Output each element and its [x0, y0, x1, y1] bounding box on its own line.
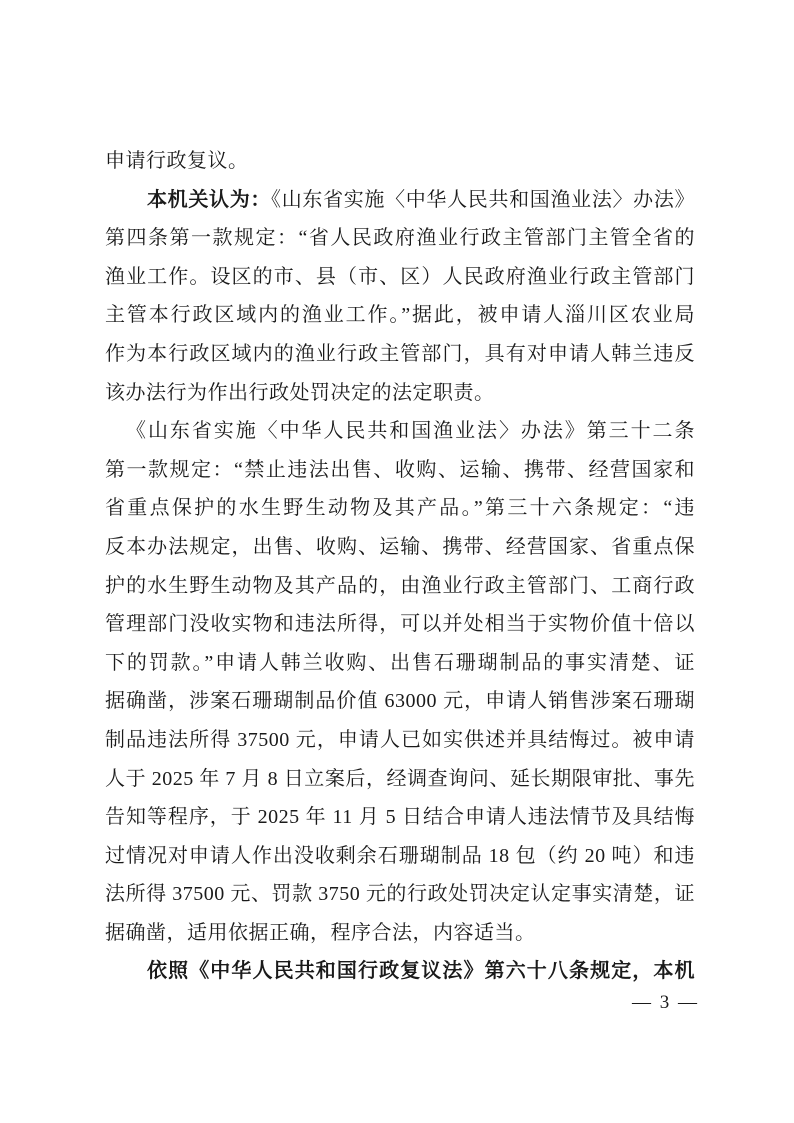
text-line: 告知等程序，于 2025 年 11 月 5 日结合申请人违法情节及具结悔	[105, 798, 695, 837]
text-line: 依照《中华人民共和国行政复议法》第六十八条规定，本机	[105, 952, 695, 991]
body-text-run: 第一款规定：“禁止违法出售、收购、运输、携带、经营国家和	[105, 459, 695, 481]
text-line: 据确凿，适用依据正确，程序合法，内容适当。	[105, 914, 695, 953]
body-text-run: 渔业工作。设区的市、县（市、区）人民政府渔业行政主管部门	[105, 266, 695, 288]
emphasis-text-run: 依照《中华人民共和国行政复议法》第六十八条规定，本机	[147, 960, 695, 982]
text-line: 管理部门没收实物和违法所得，可以并处相当于实物价值十倍以	[105, 605, 695, 644]
text-line: 人于 2025 年 7 月 8 日立案后，经调查询问、延长期限审批、事先	[105, 760, 695, 799]
body-text-run: 《山东省实施〈中华人民共和国渔业法〉办法》第三十二条	[126, 420, 695, 442]
text-line: 过情况对申请人作出没收剩余石珊瑚制品 18 包（约 20 吨）和违	[105, 837, 695, 876]
body-text-run: 法所得 37500 元、罚款 3750 元的行政处罚决定认定事实清楚，证	[105, 883, 695, 905]
text-line: 制品违法所得 37500 元，申请人已如实供述并具结悔过。被申请	[105, 721, 695, 760]
text-line: 该办法行为作出行政处罚决定的法定职责。	[105, 374, 695, 413]
body-text-run: 下的罚款。”申请人韩兰收购、出售石珊瑚制品的事实清楚、证	[105, 652, 695, 674]
text-line: 据确凿，涉案石珊瑚制品价值 63000 元，申请人销售涉案石珊瑚	[105, 682, 695, 721]
text-line: 护的水生野生动物及其产品的，由渔业行政主管部门、工商行政	[105, 567, 695, 606]
text-line: 反本办法规定，出售、收购、运输、携带、经营国家、省重点保	[105, 528, 695, 567]
emphasis-text-run: 本机关认为：	[147, 189, 271, 211]
body-text-run: 过情况对申请人作出没收剩余石珊瑚制品 18 包（约 20 吨）和违	[105, 845, 695, 867]
body-text-run: 据确凿，适用依据正确，程序合法，内容适当。	[105, 922, 536, 944]
body-text-run: 告知等程序，于 2025 年 11 月 5 日结合申请人违法情节及具结悔	[105, 806, 695, 828]
body-text-run: 据确凿，涉案石珊瑚制品价值 63000 元，申请人销售涉案石珊瑚	[105, 690, 695, 712]
text-line: 下的罚款。”申请人韩兰收购、出售石珊瑚制品的事实清楚、证	[105, 644, 695, 683]
text-line: 《山东省实施〈中华人民共和国渔业法〉办法》第三十二条	[105, 412, 695, 451]
text-line: 第四条第一款规定：“省人民政府渔业行政主管部门主管全省的	[105, 219, 695, 258]
body-text-run: 主管本行政区域内的渔业工作。”据此，被申请人淄川区农业局	[105, 304, 695, 326]
document-page: 申请行政复议。本机关认为：《山东省实施〈中华人民共和国渔业法〉办法》第四条第一款…	[0, 0, 794, 1123]
text-line: 法所得 37500 元、罚款 3750 元的行政处罚决定认定事实清楚，证	[105, 875, 695, 914]
text-line: 渔业工作。设区的市、县（市、区）人民政府渔业行政主管部门	[105, 258, 695, 297]
text-line: 省重点保护的水生野生动物及其产品。”第三十六条规定：“违	[105, 489, 695, 528]
body-text-run: 该办法行为作出行政处罚决定的法定职责。	[105, 382, 495, 404]
body-text-run: 反本办法规定，出售、收购、运输、携带、经营国家、省重点保	[105, 536, 695, 558]
text-line: 主管本行政区域内的渔业工作。”据此，被申请人淄川区农业局	[105, 296, 695, 335]
body-text-run: 作为本行政区域内的渔业行政主管部门，具有对申请人韩兰违反	[105, 343, 695, 365]
text-line: 申请行政复议。	[105, 142, 695, 181]
text-line: 本机关认为：《山东省实施〈中华人民共和国渔业法〉办法》	[105, 181, 695, 220]
body-text-run: 《山东省实施〈中华人民共和国渔业法〉办法》	[271, 189, 695, 211]
body-text-run: 管理部门没收实物和违法所得，可以并处相当于实物价值十倍以	[105, 613, 695, 635]
body-text-run: 制品违法所得 37500 元，申请人已如实供述并具结悔过。被申请	[105, 729, 695, 751]
body-text-run: 省重点保护的水生野生动物及其产品。”第三十六条规定：“违	[105, 497, 695, 519]
document-body: 申请行政复议。本机关认为：《山东省实施〈中华人民共和国渔业法〉办法》第四条第一款…	[105, 142, 695, 991]
body-text-run: 第四条第一款规定：“省人民政府渔业行政主管部门主管全省的	[105, 227, 695, 249]
text-line: 作为本行政区域内的渔业行政主管部门，具有对申请人韩兰违反	[105, 335, 695, 374]
page-number: — 3 —	[632, 992, 699, 1014]
body-text-run: 护的水生野生动物及其产品的，由渔业行政主管部门、工商行政	[105, 575, 695, 597]
text-line: 第一款规定：“禁止违法出售、收购、运输、携带、经营国家和	[105, 451, 695, 490]
body-text-run: 人于 2025 年 7 月 8 日立案后，经调查询问、延长期限审批、事先	[105, 768, 695, 790]
body-text-run: 申请行政复议。	[105, 150, 249, 172]
